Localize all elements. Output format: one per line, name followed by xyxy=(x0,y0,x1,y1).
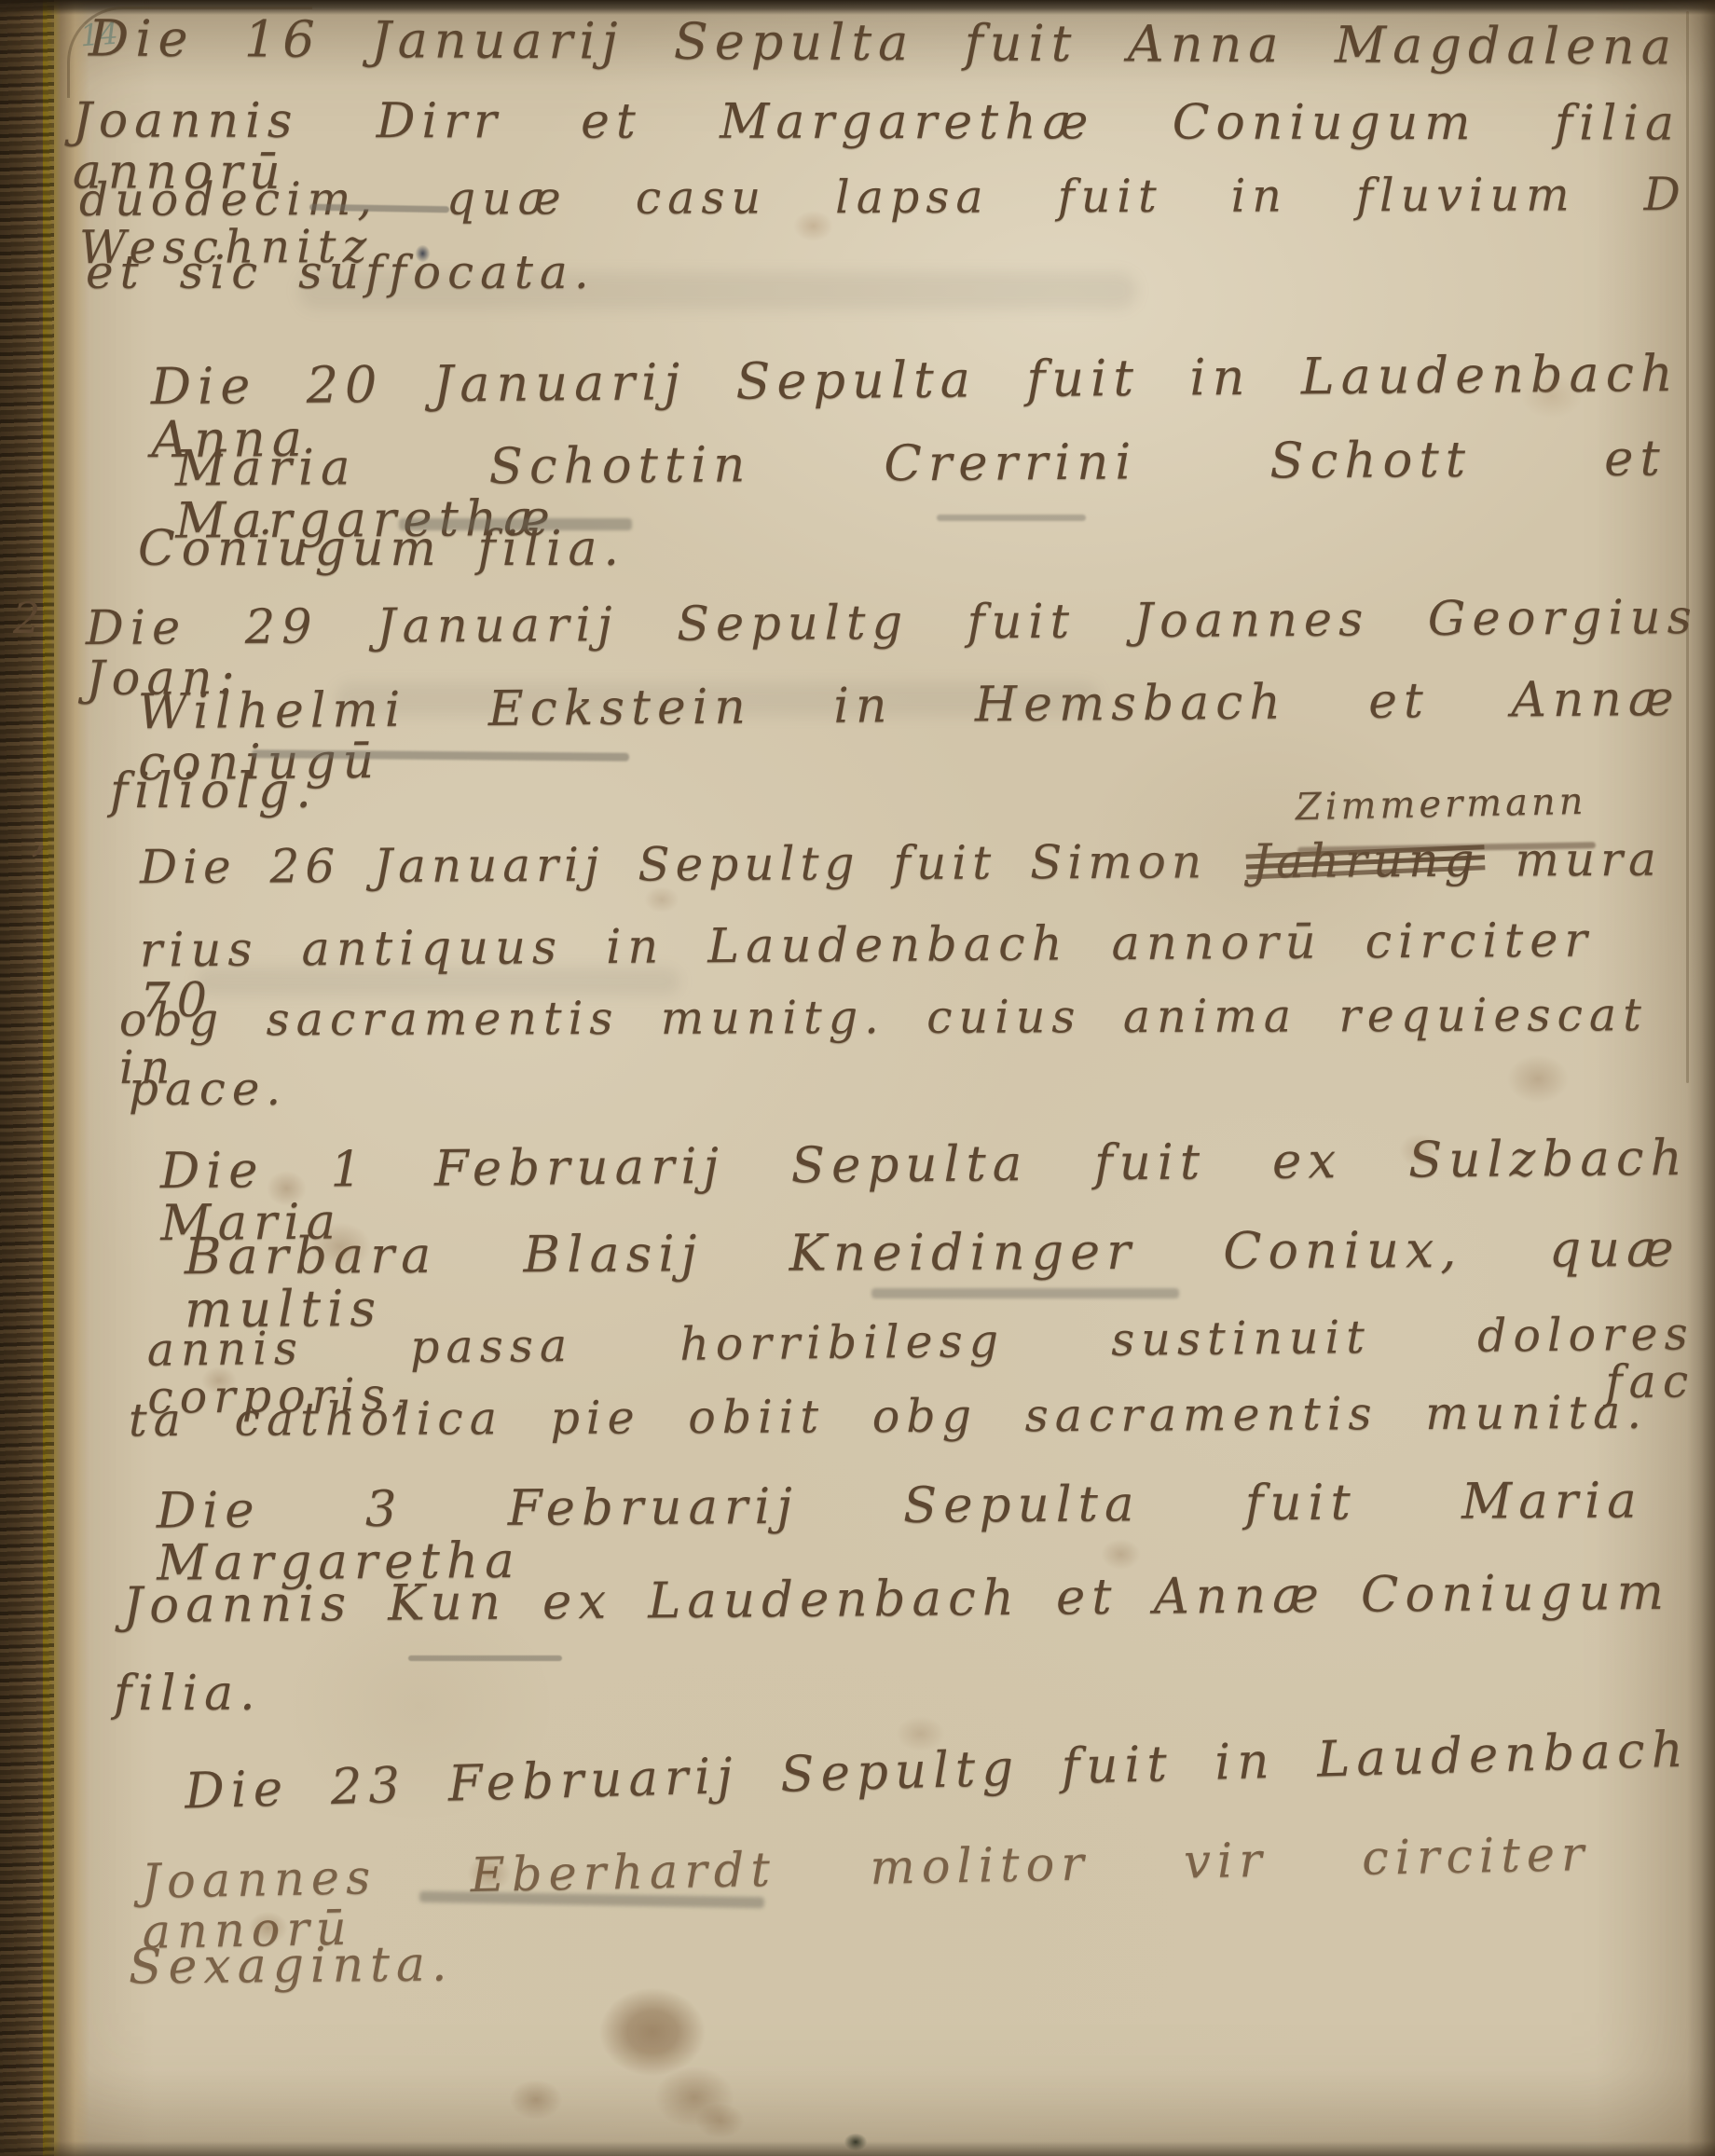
pencil-underline-kneidinger xyxy=(871,1288,1179,1298)
pencil-underline-kun xyxy=(408,1655,562,1661)
entry3-line3: filiolg. xyxy=(110,766,318,817)
entry4-line4: pace. xyxy=(129,1064,287,1114)
page-right-edge xyxy=(1687,0,1715,2156)
struck-word: Jahrung xyxy=(1252,836,1480,886)
pencil-underline-schott xyxy=(937,515,1086,521)
inserted-word-zimmermann: Zimmermann xyxy=(1296,780,1587,830)
entry4-line1-pre: Die 26 Januarij Sepultg fuit Simon xyxy=(140,834,1207,894)
entry6-line2: Joannis Kun ex Laudenbach et Annæ Coniug… xyxy=(123,1567,1670,1632)
book-binding-edge xyxy=(0,0,89,2156)
entry5-line4: ta catholica pie obiit obg sacramentis m… xyxy=(129,1389,1648,1445)
entry4-line1-post: mura xyxy=(1515,832,1662,887)
entry1-line1: Die 16 Januarij Sepulta fuit Anna Magdal… xyxy=(89,13,1678,75)
entry7-line1: Die 23 Februarij Sepultg fuit in Laudenb… xyxy=(185,1723,1691,1818)
entry6-line3: filia. xyxy=(114,1668,262,1720)
entry2-line3: Coniugum filia. xyxy=(138,524,625,575)
entry3-line2: Wilhelmi Eckstein in Hemsbach et Annæ co… xyxy=(138,674,1681,790)
entry4-line1: Die 26 Januarij Sepultg fuit SimonJahrun… xyxy=(140,835,1662,892)
page-bottom-edge xyxy=(0,2141,1715,2156)
manuscript-page: 14 Die 16 Januarij Sepulta fuit Anna Mag… xyxy=(0,0,1715,2156)
entry1-line4: et sic suffocata. xyxy=(86,248,596,297)
margin-number: 2 xyxy=(13,593,40,643)
pencil-underline-schottin xyxy=(399,518,632,530)
entry4-line3: obg sacramentis munitg. cuius anima requ… xyxy=(119,991,1648,1092)
entry7-line3: Sexaginta. xyxy=(129,1939,454,1993)
